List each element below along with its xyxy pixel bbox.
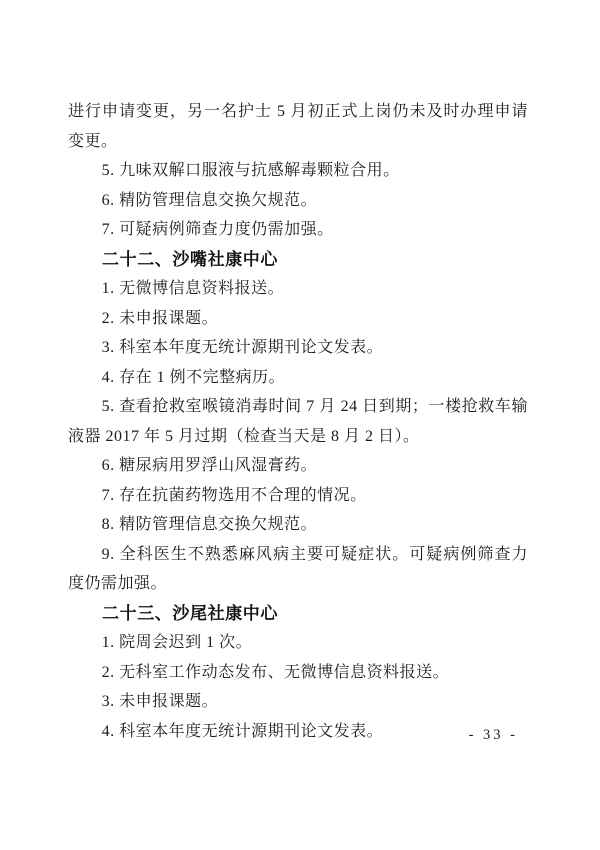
list-item: 5. 查看抢救室喉镜消毒时间 7 月 24 日到期；一楼抢救车输液器 2017 … <box>68 392 528 451</box>
list-item: 4. 存在 1 例不完整病历。 <box>68 363 528 393</box>
list-item: 8. 精防管理信息交换欠规范。 <box>68 510 528 540</box>
document-page: 进行申请变更，另一名护士 5 月初正式上岗仍未及时办理申请变更。 5. 九味双解… <box>0 0 600 850</box>
page-number: - 33 - <box>469 727 518 744</box>
list-item: 2. 无科室工作动态发布、无微博信息资料报送。 <box>68 658 528 688</box>
list-item: 5. 九味双解口服液与抗感解毒颗粒合用。 <box>68 156 528 186</box>
list-item: 6. 糖尿病用罗浮山风湿膏药。 <box>68 451 528 481</box>
list-item: 6. 精防管理信息交换欠规范。 <box>68 186 528 216</box>
section-heading-shawei: 二十三、沙尾社康中心 <box>68 599 528 629</box>
list-item: 3. 科室本年度无统计源期刊论文发表。 <box>68 333 528 363</box>
list-item: 1. 院周会迟到 1 次。 <box>68 628 528 658</box>
section-heading-shazui: 二十二、沙嘴社康中心 <box>68 245 528 275</box>
list-item: 4. 科室本年度无统计源期刊论文发表。 <box>68 717 528 747</box>
list-item: 9. 全科医生不熟悉麻风病主要可疑症状。可疑病例筛查力度仍需加强。 <box>68 540 528 599</box>
continuation-paragraph: 进行申请变更，另一名护士 5 月初正式上岗仍未及时办理申请变更。 <box>68 97 528 156</box>
page-body-text: 进行申请变更，另一名护士 5 月初正式上岗仍未及时办理申请变更。 5. 九味双解… <box>68 97 528 746</box>
list-item: 7. 可疑病例筛查力度仍需加强。 <box>68 215 528 245</box>
list-item: 3. 未申报课题。 <box>68 687 528 717</box>
list-item: 7. 存在抗菌药物选用不合理的情况。 <box>68 481 528 511</box>
list-item: 2. 未申报课题。 <box>68 304 528 334</box>
list-item: 1. 无微博信息资料报送。 <box>68 274 528 304</box>
